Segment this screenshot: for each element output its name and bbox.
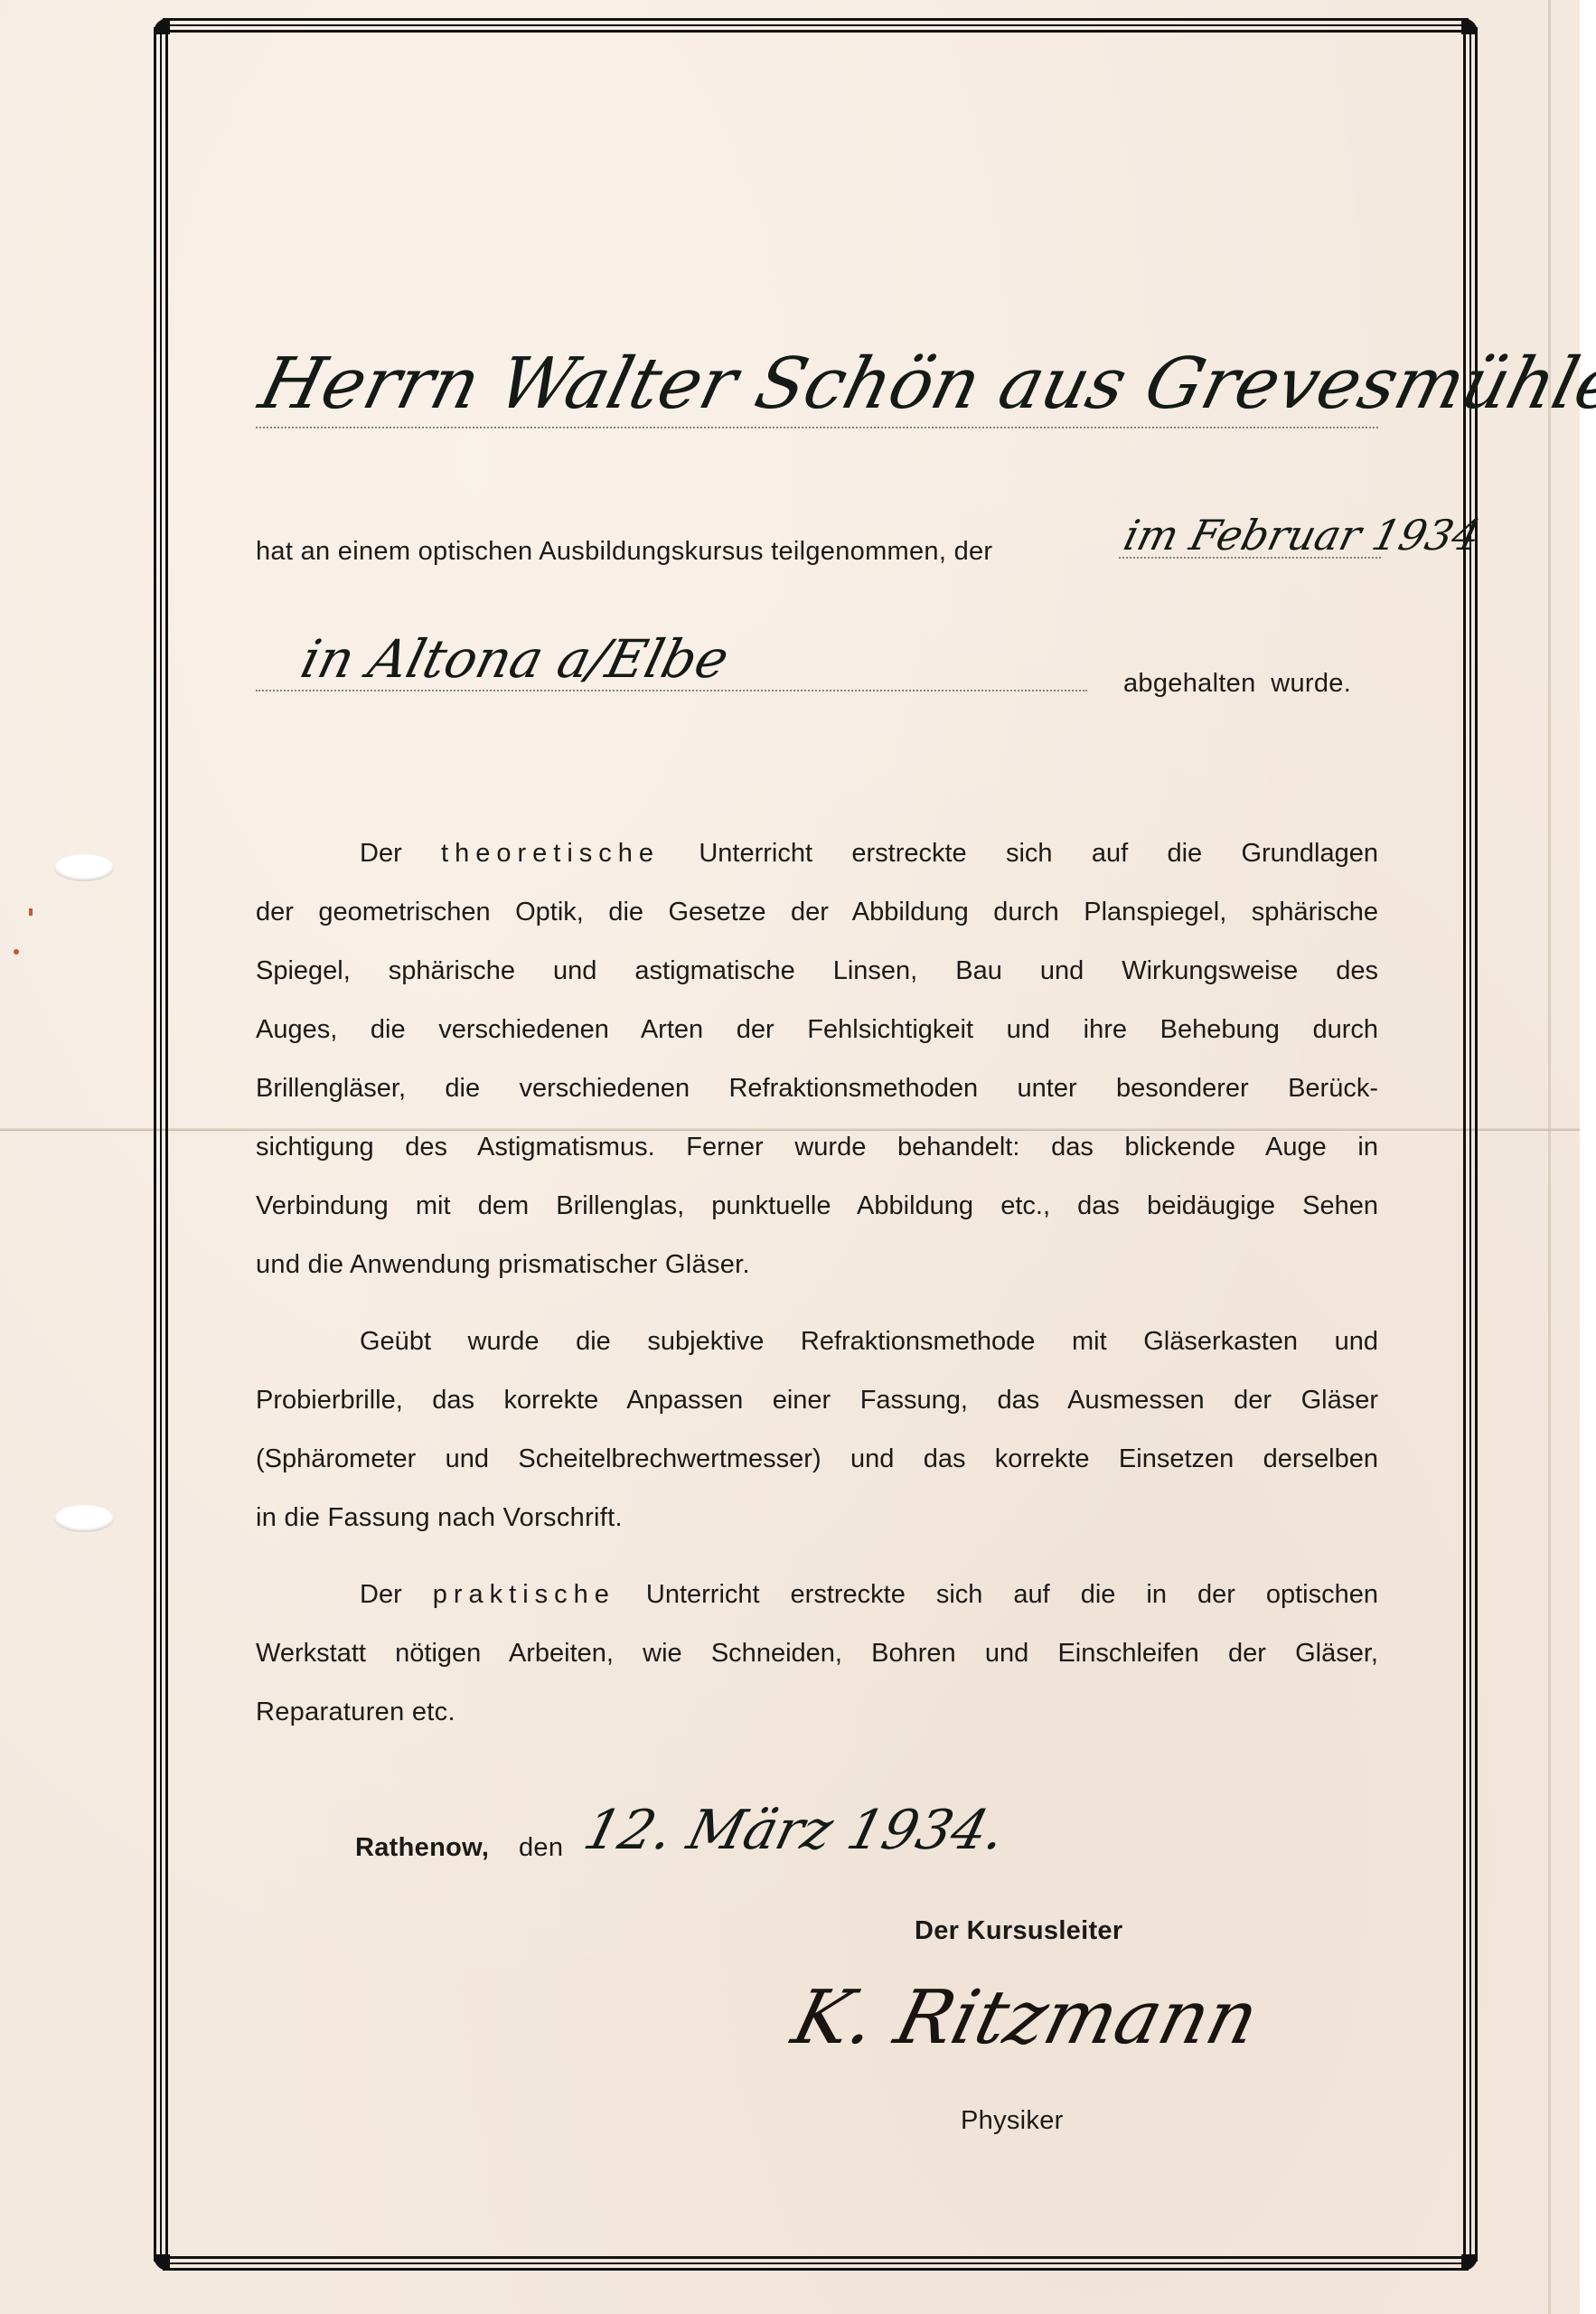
recipient-dotted-line <box>256 427 1378 428</box>
corner-ornament <box>1461 18 1478 34</box>
paragraph3-line: Werkstatt nötigen Arbeiten, wie Schneide… <box>256 1641 1378 1667</box>
location-suffix: abgehalten wurde. <box>1123 671 1351 697</box>
paragraph1-line: sichtigung des Astigmatismus. Ferner wur… <box>256 1134 1378 1161</box>
paragraph3-lead: Der <box>360 1580 402 1609</box>
paragraph1-lead: Der <box>360 839 402 868</box>
paragraph3-line-1: Der praktische Unterricht erstreckte sic… <box>256 1582 1378 1608</box>
paragraph1-line-last: und die Anwendung prismatischer Gläser. <box>256 1252 750 1278</box>
paragraph3-spaced-word: praktische <box>433 1580 615 1609</box>
place-name: Rathenow, <box>355 1835 489 1861</box>
paragraph1-line: Spiegel, sphärische und astigmatische Li… <box>256 958 1378 984</box>
rust-stain <box>14 949 19 955</box>
paragraph1-spaced-word: theoretische <box>441 839 660 868</box>
course-date-dotted-line <box>1119 557 1381 559</box>
paragraph1-line: der geometrischen Optik, die Gesetze der… <box>256 899 1378 926</box>
paragraph2-line: Probierbrille, das korrekte Anpassen ein… <box>256 1387 1378 1414</box>
punch-hole-icon <box>54 854 114 881</box>
paragraph2-line-last: in die Fassung nach Vorschrift. <box>256 1505 623 1531</box>
paragraph1-line: Verbindung mit dem Brillenglas, punktuel… <box>256 1193 1378 1219</box>
paragraph1-line: Auges, die verschiedenen Arten der Fehls… <box>256 1017 1378 1043</box>
rust-stain <box>29 908 33 916</box>
signatory-title: Der Kursusleiter <box>915 1918 1122 1944</box>
corner-ornament <box>154 18 170 34</box>
corner-ornament <box>154 2254 170 2271</box>
course-date-handwritten: im Februar 1934 <box>1119 511 1485 560</box>
signatory-role: Physiker <box>961 2108 1064 2134</box>
place-den: den <box>519 1835 563 1861</box>
paragraph2-line: (Sphärometer und Scheitelbrechwertmesser… <box>256 1446 1378 1472</box>
paragraph1-line: Brillengläser, die verschiedenen Refrakt… <box>256 1076 1378 1102</box>
corner-ornament <box>1461 2254 1478 2271</box>
location-handwritten: in Altona a/Elbe <box>296 628 736 690</box>
signing-date-handwritten: 12. März 1934. <box>577 1799 1011 1862</box>
signature-handwritten: K. Ritzmann <box>784 1975 1266 2061</box>
course-statement: hat an einem optischen Ausbildungskursus… <box>256 539 992 565</box>
punch-hole-icon <box>54 1505 114 1532</box>
paragraph1-line-1: Der theoretische Unterricht erstreckte s… <box>256 841 1378 867</box>
paragraph3-line-last: Reparaturen etc. <box>256 1699 455 1726</box>
location-dotted-line <box>256 690 1087 691</box>
paragraph2-line: Geübt wurde die subjektive Refraktionsme… <box>256 1329 1378 1355</box>
recipient-name-handwritten: Herrn Walter Schön aus Grevesmühlen <box>252 343 1596 425</box>
